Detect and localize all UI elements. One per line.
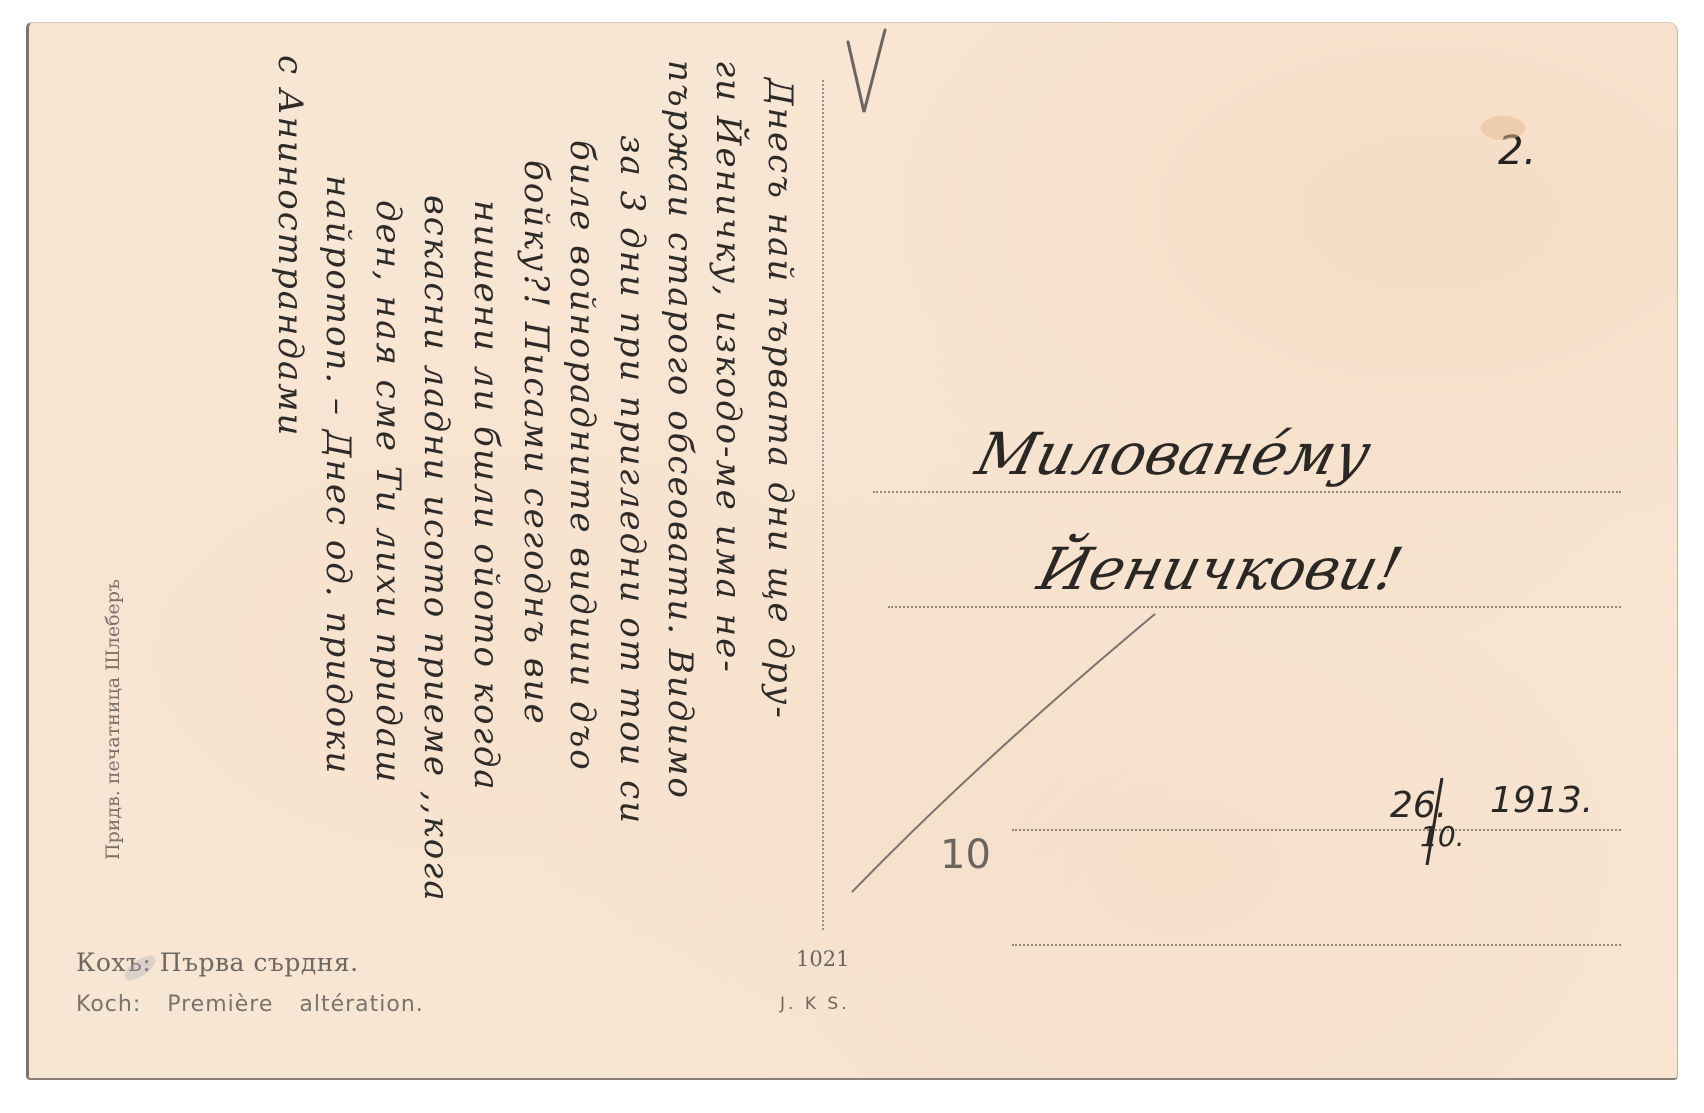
date-slash-icon [1427, 778, 1442, 865]
pencil-strokes [0, 0, 1704, 1113]
pencil-diagonal-line [852, 614, 1155, 892]
pencil-check-icon [848, 30, 885, 112]
